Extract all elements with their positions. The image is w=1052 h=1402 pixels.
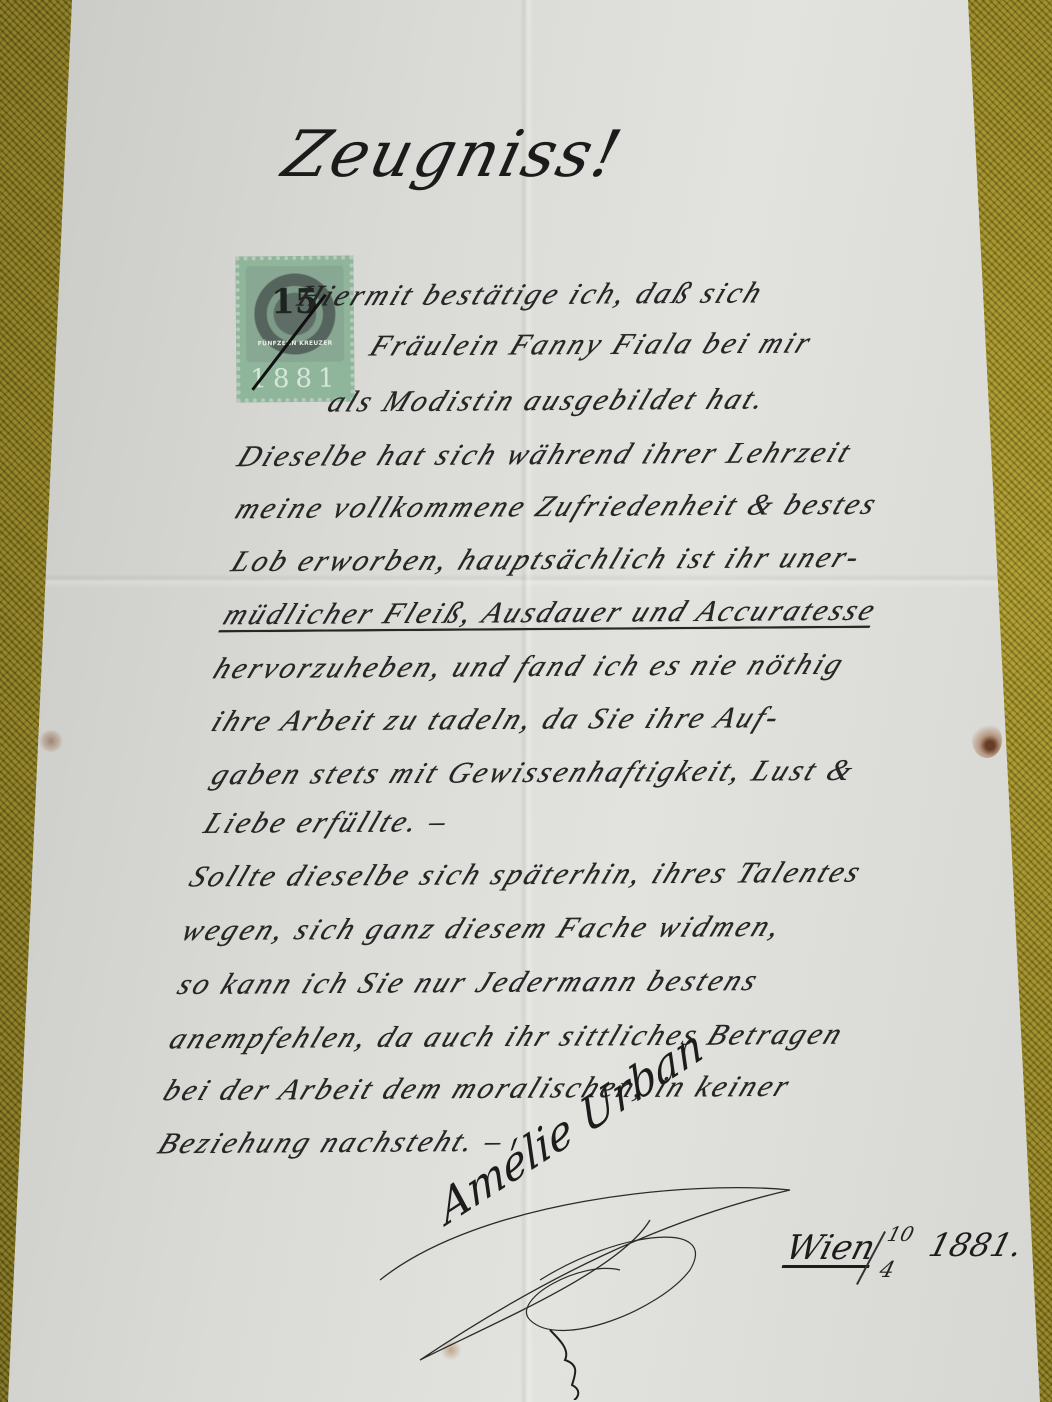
- document-title: Zeugniss!: [276, 118, 630, 192]
- body-line: Fräulein Fanny Fiala bei mir: [365, 326, 819, 363]
- body-line: hervorzuheben, und fand ich es nie nöthi…: [208, 648, 850, 686]
- stain-right: [972, 722, 1002, 758]
- body-line: ihre Arbeit zu tadeln, da Sie ihre Auf-: [206, 701, 786, 739]
- body-line: meine vollkommene Zufriedenheit & bestes: [230, 488, 883, 526]
- body-line: als Modistin ausgebildet hat.: [323, 382, 773, 419]
- body-line: Lob erworben, hauptsächlich ist ihr uner…: [226, 541, 867, 579]
- date-year: 1881.: [925, 1226, 1027, 1264]
- stamp-denomination: FÜNFZEHN KREUZER: [240, 340, 350, 348]
- body-line: so kann ich Sie nur Jedermann bestens: [172, 964, 765, 1002]
- body-line: Hiermit bestätige ich, daß sich: [293, 276, 770, 313]
- body-line: Beziehung nachsteht. –: [153, 1125, 511, 1161]
- body-line: Liebe erfüllte. –: [199, 805, 455, 841]
- signature-flourish-icon: [360, 1160, 820, 1400]
- body-line: bei der Arbeit dem moralischen, in keine…: [158, 1070, 796, 1108]
- body-line: gaben stets mit Gewissenhaftigkeit, Lust…: [206, 754, 861, 792]
- stain-left: [38, 730, 64, 752]
- body-line: anempfehlen, da auch ihr sittliches Betr…: [164, 1018, 850, 1057]
- body-line: müdlicher Fleiß, Ausdauer und Accuratess…: [218, 594, 883, 633]
- body-line: wegen, sich ganz diesem Fache widmen,: [176, 910, 788, 948]
- body-line: Dieselbe hat sich während ihrer Lehrzeit: [232, 436, 857, 474]
- place-of-issue: Wien: [782, 1228, 880, 1268]
- body-line: Sollte dieselbe sich späterhin, ihres Ta…: [184, 856, 868, 895]
- revenue-stamp: 15 FÜNFZEHN KREUZER 1881: [235, 255, 354, 402]
